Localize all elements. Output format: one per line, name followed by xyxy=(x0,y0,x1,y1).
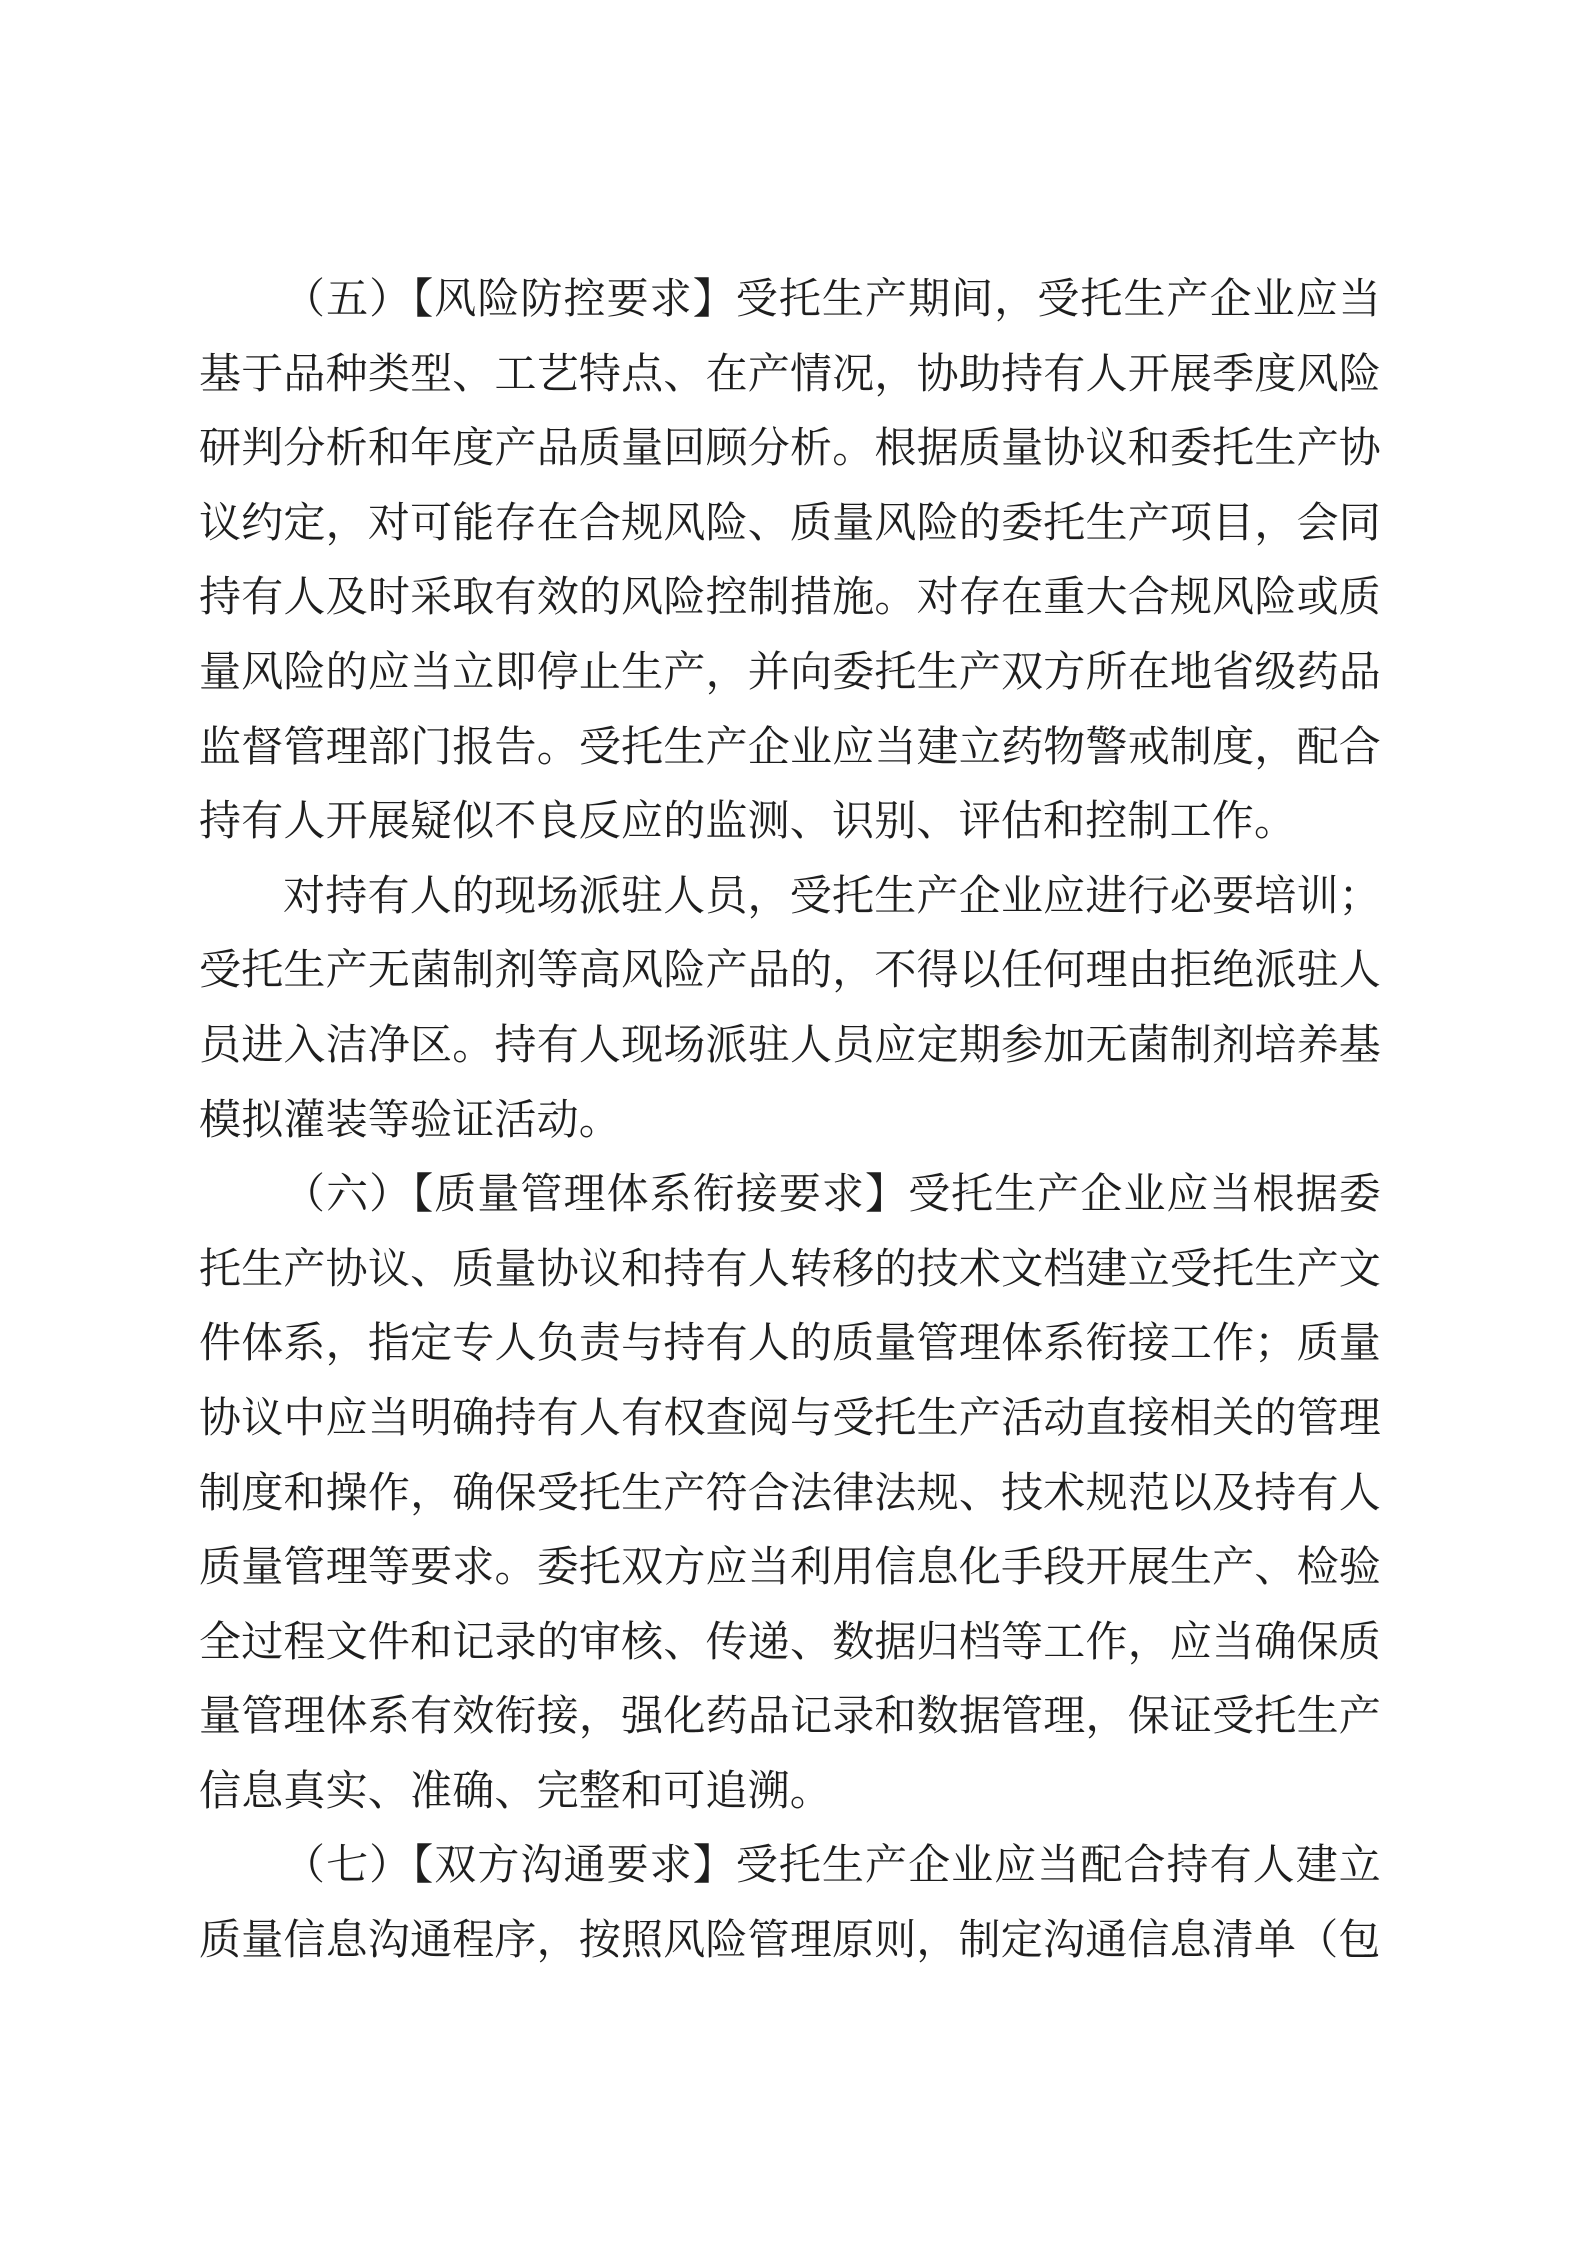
paragraph-clause-5-risk-control: （五）【风险防控要求】受托生产期间，受托生产企业应当基于品种类型、工艺特点、在产… xyxy=(199,263,1381,860)
paragraph-clause-5-onsite-personnel: 对持有人的现场派驻人员，受托生产企业应进行必要培训；受托生产无菌制剂等高风险产品… xyxy=(199,860,1381,1158)
document-page: （五）【风险防控要求】受托生产期间，受托生产企业应当基于品种类型、工艺特点、在产… xyxy=(0,0,1587,2245)
paragraph-clause-7-communication: （七）【双方沟通要求】受托生产企业应当配合持有人建立质量信息沟通程序，按照风险管… xyxy=(199,1829,1381,1978)
paragraph-clause-6-quality-system-alignment: （六）【质量管理体系衔接要求】受托生产企业应当根据委托生产协议、质量协议和持有人… xyxy=(199,1158,1381,1829)
document-body: （五）【风险防控要求】受托生产期间，受托生产企业应当基于品种类型、工艺特点、在产… xyxy=(199,263,1381,1979)
